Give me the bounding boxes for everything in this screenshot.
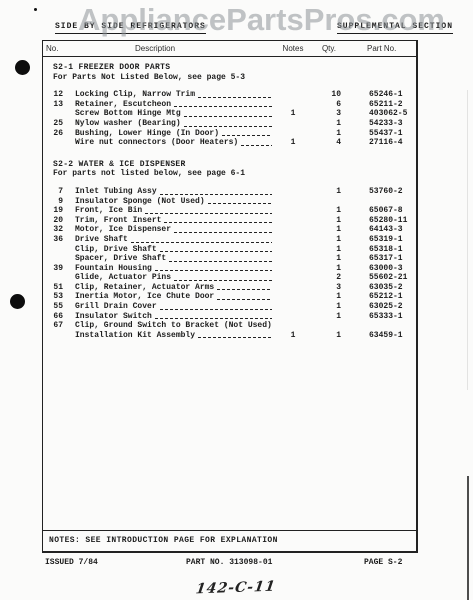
dash-leader <box>155 270 272 271</box>
table-row: 25Nylow washer (Bearing)154233-3 <box>43 119 416 129</box>
cell-description: Trim, Front Insert <box>65 216 275 226</box>
dash-leader <box>184 126 272 127</box>
description-text: Front, Ice Bin <box>75 206 142 216</box>
cell-part-no: 53760-2 <box>347 187 416 197</box>
description-text: Drive Shaft <box>75 235 128 245</box>
section-gap <box>43 82 416 90</box>
cell-description: Clip, Drive Shaft <box>65 245 275 255</box>
cell-item-no: 26 <box>43 129 65 139</box>
table-row: 36Drive Shaft165319-1 <box>43 235 416 245</box>
cell-qty: 1 <box>311 245 347 255</box>
column-header-no: No. <box>43 44 65 53</box>
cell-qty: 1 <box>311 312 347 322</box>
dash-leader <box>145 213 272 214</box>
description-text: Inertia Motor, Ice Chute Door <box>75 292 214 302</box>
table-row: 51Clip, Retainer, Actuator Arms363035-2 <box>43 283 416 293</box>
description-text: Bushing, Lower Hinge (In Door) <box>75 129 219 139</box>
cell-part-no: 63035-2 <box>347 283 416 293</box>
table-row: 19Front, Ice Bin165067-8 <box>43 206 416 216</box>
cell-description: Insulator Sponge (Not Used) <box>65 197 275 207</box>
description-text: Glide, Actuator Pins <box>75 273 171 283</box>
handwritten-annotation: 142-C-11 <box>195 579 277 598</box>
cell-item-no: 9 <box>43 197 65 207</box>
description-text: Insulator Sponge (Not Used) <box>75 197 205 207</box>
description-text: Spacer, Drive Shaft <box>75 254 166 264</box>
cell-description: Spacer, Drive Shaft <box>65 254 275 264</box>
scan-artifact <box>467 90 469 390</box>
table-row: 67Clip, Ground Switch to Bracket (Not Us… <box>43 321 416 331</box>
description-text: Trim, Front Insert <box>75 216 161 226</box>
description-text: Fountain Housing <box>75 264 152 274</box>
cell-qty: 3 <box>311 109 347 119</box>
cell-description: Screw Bottom Hinge Mtg <box>65 109 275 119</box>
cell-item-no: 51 <box>43 283 65 293</box>
table-row: 39Fountain Housing163000-3 <box>43 264 416 274</box>
cell-item-no: 7 <box>43 187 65 197</box>
cell-description: Drive Shaft <box>65 235 275 245</box>
dash-leader <box>217 299 272 300</box>
description-text: Clip, Ground Switch to Bracket (Not Used… <box>75 321 272 331</box>
dash-leader <box>174 232 272 233</box>
description-text: Grill Drain Cover <box>75 302 157 312</box>
description-text: Retainer, Escutcheon <box>75 100 171 110</box>
hole-punch-mark <box>10 294 25 309</box>
table-row: Screw Bottom Hinge Mtg13403062-5 <box>43 109 416 119</box>
table-row: 53Inertia Motor, Ice Chute Door165212-1 <box>43 292 416 302</box>
cell-notes: 1 <box>275 138 311 148</box>
table-row: 9Insulator Sponge (Not Used) <box>43 197 416 207</box>
cell-qty: 1 <box>311 225 347 235</box>
cell-part-no: 65333-1 <box>347 312 416 322</box>
table-row: 66Insulator Switch165333-1 <box>43 312 416 322</box>
dash-leader <box>208 203 272 204</box>
cell-part-no: 54233-3 <box>347 119 416 129</box>
cell-item-no: 12 <box>43 90 65 100</box>
issued-date: ISSUED 7/84 <box>45 558 98 567</box>
cell-description: Clip, Retainer, Actuator Arms <box>65 283 275 293</box>
table-row: 20Trim, Front Insert165280-11 <box>43 216 416 226</box>
cell-qty: 1 <box>311 292 347 302</box>
cell-item-no: 32 <box>43 225 65 235</box>
document-part-number: PART NO. 313098-01 <box>186 558 272 567</box>
cell-part-no: 65318-1 <box>347 245 416 255</box>
cell-qty: 1 <box>311 235 347 245</box>
dash-leader <box>155 318 272 319</box>
cell-item-no: 20 <box>43 216 65 226</box>
description-text: Clip, Retainer, Actuator Arms <box>75 283 214 293</box>
document-page: AppliancePartsPros.com SIDE BY SIDE REFR… <box>0 0 473 600</box>
cell-description: Inertia Motor, Ice Chute Door <box>65 292 275 302</box>
cell-item-no: 36 <box>43 235 65 245</box>
dash-leader <box>169 261 272 262</box>
cell-item-no: 67 <box>43 321 65 331</box>
cell-item-no: 19 <box>43 206 65 216</box>
cell-notes: 1 <box>275 331 311 341</box>
cell-item-no: 55 <box>43 302 65 312</box>
cell-part-no: 65212-1 <box>347 292 416 302</box>
dash-leader <box>160 309 272 310</box>
cell-part-no: 27116-4 <box>347 138 416 148</box>
cell-description: Insulator Switch <box>65 312 275 322</box>
section-title: S2-1 FREEZER DOOR PARTS <box>43 63 416 73</box>
table-row: 7Inlet Tubing Assy153760-2 <box>43 187 416 197</box>
cell-qty: 6 <box>311 100 347 110</box>
cell-part-no: 63459-1 <box>347 331 416 341</box>
table-row: 26Bushing, Lower Hinge (In Door)155437-1 <box>43 129 416 139</box>
description-text: Locking Clip, Narrow Trim <box>75 90 195 100</box>
cell-qty: 1 <box>311 254 347 264</box>
cell-qty: 1 <box>311 129 347 139</box>
parts-table: No. Description Notes Qty. Part No. S2-1… <box>42 40 418 553</box>
column-header-qty: Qty. <box>311 44 347 53</box>
description-text: Inlet Tubing Assy <box>75 187 157 197</box>
cell-description: Clip, Ground Switch to Bracket (Not Used… <box>65 321 275 331</box>
cell-description: Grill Drain Cover <box>65 302 275 312</box>
description-text: Motor, Ice Dispenser <box>75 225 171 235</box>
cell-description: Bushing, Lower Hinge (In Door) <box>65 129 275 139</box>
dash-leader <box>174 280 272 281</box>
cell-qty: 2 <box>311 273 347 283</box>
dash-leader <box>198 97 272 98</box>
dash-leader <box>174 106 272 107</box>
description-text: Insulator Switch <box>75 312 152 322</box>
table-row: 12Locking Clip, Narrow Trim1065246-1 <box>43 90 416 100</box>
table-row: Installation Kit Assembly1163459-1 <box>43 331 416 341</box>
cell-part-no: 65246-1 <box>347 90 416 100</box>
dash-leader <box>222 135 272 136</box>
column-header-notes: Notes <box>275 44 311 53</box>
cell-notes: 1 <box>275 109 311 119</box>
dash-leader <box>160 194 272 195</box>
cell-part-no: 65211-2 <box>347 100 416 110</box>
cell-part-no: 65319-1 <box>347 235 416 245</box>
cell-description: Front, Ice Bin <box>65 206 275 216</box>
table-row: Clip, Drive Shaft165318-1 <box>43 245 416 255</box>
cell-qty: 10 <box>311 90 347 100</box>
section-gap <box>43 179 416 187</box>
scan-edge-artifact <box>467 476 470 600</box>
cell-qty: 1 <box>311 302 347 312</box>
table-row: 13Retainer, Escutcheon665211-2 <box>43 100 416 110</box>
column-header-description: Description <box>65 44 275 53</box>
table-row: 32Motor, Ice Dispenser164143-3 <box>43 225 416 235</box>
cell-part-no: 65067-8 <box>347 206 416 216</box>
description-text: Installation Kit Assembly <box>75 331 195 341</box>
cell-item-no: 66 <box>43 312 65 322</box>
ink-speck <box>34 8 37 11</box>
cell-qty: 1 <box>311 331 347 341</box>
cell-item-no: 53 <box>43 292 65 302</box>
cell-description: Installation Kit Assembly <box>65 331 275 341</box>
table-body: S2-1 FREEZER DOOR PARTSFor Parts Not Lis… <box>43 57 416 340</box>
cell-part-no: 64143-3 <box>347 225 416 235</box>
cell-item-no: 13 <box>43 100 65 110</box>
column-header-part-no: Part No. <box>347 44 416 53</box>
cell-qty: 1 <box>311 187 347 197</box>
dash-leader <box>241 145 272 146</box>
cell-description: Retainer, Escutcheon <box>65 100 275 110</box>
cell-part-no: 63025-2 <box>347 302 416 312</box>
cell-item-no: 25 <box>43 119 65 129</box>
cell-part-no: 403062-5 <box>347 109 416 119</box>
cell-description: Locking Clip, Narrow Trim <box>65 90 275 100</box>
cell-part-no: 55602-21 <box>347 273 416 283</box>
dash-leader <box>217 289 272 290</box>
dash-leader <box>198 337 272 338</box>
table-row: 55Grill Drain Cover163025-2 <box>43 302 416 312</box>
cell-description: Nylow washer (Bearing) <box>65 119 275 129</box>
cell-description: Inlet Tubing Assy <box>65 187 275 197</box>
table-row: Spacer, Drive Shaft165317-1 <box>43 254 416 264</box>
table-row: Wire nut connectors (Door Heaters)142711… <box>43 138 416 148</box>
cell-description: Motor, Ice Dispenser <box>65 225 275 235</box>
cell-description: Glide, Actuator Pins <box>65 273 275 283</box>
cell-qty: 4 <box>311 138 347 148</box>
cell-qty: 1 <box>311 119 347 129</box>
dash-leader <box>160 251 272 252</box>
section-separator <box>43 148 416 160</box>
cell-qty: 1 <box>311 206 347 216</box>
section-subtitle: For parts not listed below, see page 6-1 <box>43 169 416 179</box>
table-notes-line: NOTES: SEE INTRODUCTION PAGE FOR EXPLANA… <box>43 530 416 551</box>
cell-description: Fountain Housing <box>65 264 275 274</box>
page-title-right: SUPPLEMENTAL SECTION <box>337 22 453 34</box>
cell-qty: 1 <box>311 264 347 274</box>
section-subtitle: For Parts Not Listed Below, see page 5-3 <box>43 73 416 83</box>
description-text: Wire nut connectors (Door Heaters) <box>75 138 238 148</box>
page-title-left: SIDE BY SIDE REFRIGERATORS <box>55 22 206 34</box>
dash-leader <box>184 116 272 117</box>
description-text: Nylow washer (Bearing) <box>75 119 181 129</box>
dash-leader <box>164 222 272 223</box>
table-header-row: No. Description Notes Qty. Part No. <box>43 41 416 57</box>
cell-qty: 3 <box>311 283 347 293</box>
cell-part-no: 55437-1 <box>347 129 416 139</box>
section-title: S2-2 WATER & ICE DISPENSER <box>43 160 416 170</box>
cell-description: Wire nut connectors (Door Heaters) <box>65 138 275 148</box>
description-text: Screw Bottom Hinge Mtg <box>75 109 181 119</box>
page-footer: ISSUED 7/84 PART NO. 313098-01 PAGE S-2 <box>0 558 473 572</box>
cell-part-no: 65280-11 <box>347 216 416 226</box>
dash-leader <box>131 242 272 243</box>
description-text: Clip, Drive Shaft <box>75 245 157 255</box>
hole-punch-mark <box>15 60 30 75</box>
cell-part-no: 63000-3 <box>347 264 416 274</box>
cell-qty: 1 <box>311 216 347 226</box>
cell-part-no: 65317-1 <box>347 254 416 264</box>
page-number: PAGE S-2 <box>364 558 402 567</box>
table-row: Glide, Actuator Pins255602-21 <box>43 273 416 283</box>
cell-item-no: 39 <box>43 264 65 274</box>
